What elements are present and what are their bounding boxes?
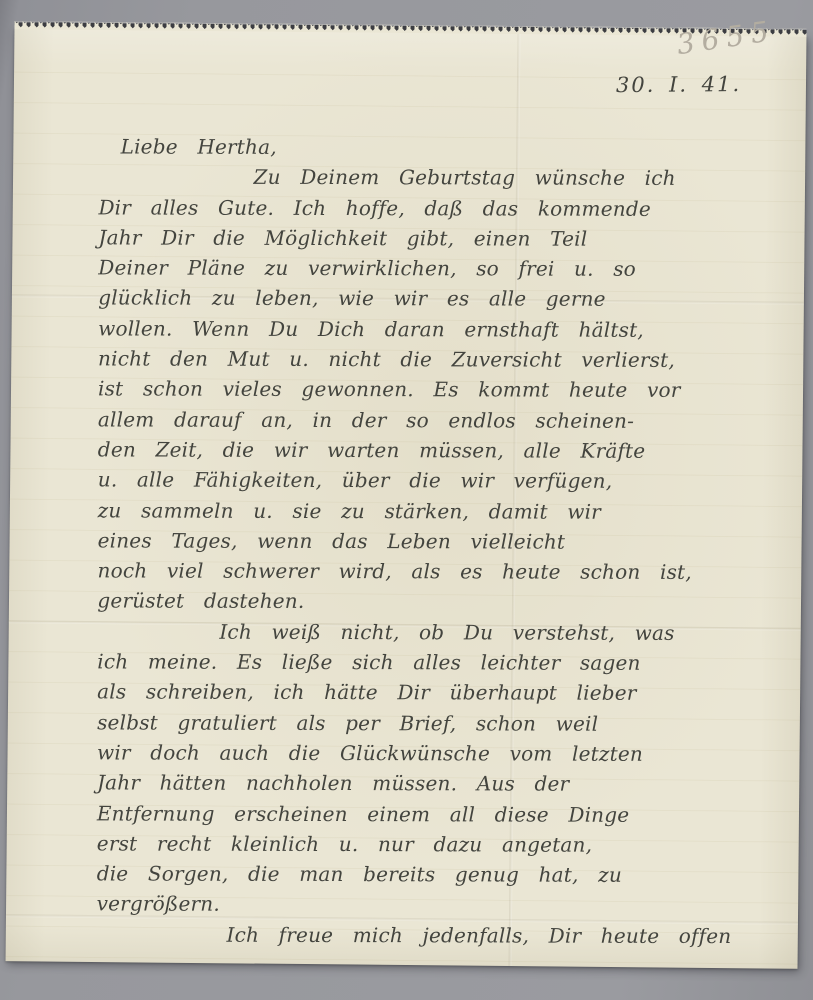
handwritten-line: zu sammeln u. sie zu stärken, damit wir [98,495,776,527]
handwritten-line: wollen. Wenn Du Dich daran ernsthaft häl… [98,313,776,345]
handwritten-line: den Zeit, die wir warten müssen, alle Kr… [98,434,776,466]
letter-page: 3655 30. I. 41. Liebe Hertha,Zu Deinem G… [6,28,807,969]
handwritten-line: allem darauf an, in der so endlos schein… [98,404,776,436]
handwritten-line: gerüstet dastehen. [97,586,775,618]
handwritten-line: u. alle Fähigkeiten, über die wir verfüg… [98,465,776,497]
handwritten-line: nicht den Mut u. nicht die Zuversicht ve… [98,343,776,375]
handwritten-line: Liebe Hertha, [99,131,777,163]
handwritten-line: ist schon vieles gewonnen. Es kommt heut… [98,374,776,406]
handwritten-line: eines Tages, wenn das Leben vielleicht [98,525,776,557]
handwritten-line: selbst gratuliert als per Brief, schon w… [97,707,775,739]
handwritten-line: Jahr hätten nachholen müssen. Aus der [97,768,775,800]
handwritten-line: Ich freue mich jedenfalls, Dir heute off… [97,919,775,951]
scan-background: 3655 30. I. 41. Liebe Hertha,Zu Deinem G… [0,0,813,1000]
letter-body: Liebe Hertha,Zu Deinem Geburtstag wünsch… [97,131,777,951]
handwritten-line: Entfernung erscheinen einem all diese Di… [97,798,775,830]
handwritten-line: als schreiben, ich hätte Dir überhaupt l… [97,677,775,709]
letter-date: 30. I. 41. [616,72,741,97]
handwritten-line: glücklich zu leben, wie wir es alle gern… [98,283,776,315]
handwritten-line: Deiner Pläne zu verwirklichen, so frei u… [98,253,776,285]
handwritten-line: vergrößern. [97,889,775,921]
handwritten-line: wir doch auch die Glückwünsche vom letzt… [97,737,775,769]
handwritten-line: Dir alles Gute. Ich hoffe, daß das komme… [98,192,776,224]
handwritten-line: noch viel schwerer wird, als es heute sc… [97,556,775,588]
handwritten-line: Ich weiß nicht, ob Du verstehst, was [97,616,775,648]
handwritten-line: Zu Deinem Geburtstag wünsche ich [99,162,777,194]
handwritten-line: ich meine. Es ließe sich alles leichter … [97,646,775,678]
handwritten-line: die Sorgen, die man bereits genug hat, z… [97,859,775,891]
handwritten-line: Jahr Dir die Möglichkeit gibt, einen Tei… [98,222,776,254]
archive-number: 3655 [675,14,778,61]
handwritten-line: erst recht kleinlich u. nur dazu angetan… [97,828,775,860]
